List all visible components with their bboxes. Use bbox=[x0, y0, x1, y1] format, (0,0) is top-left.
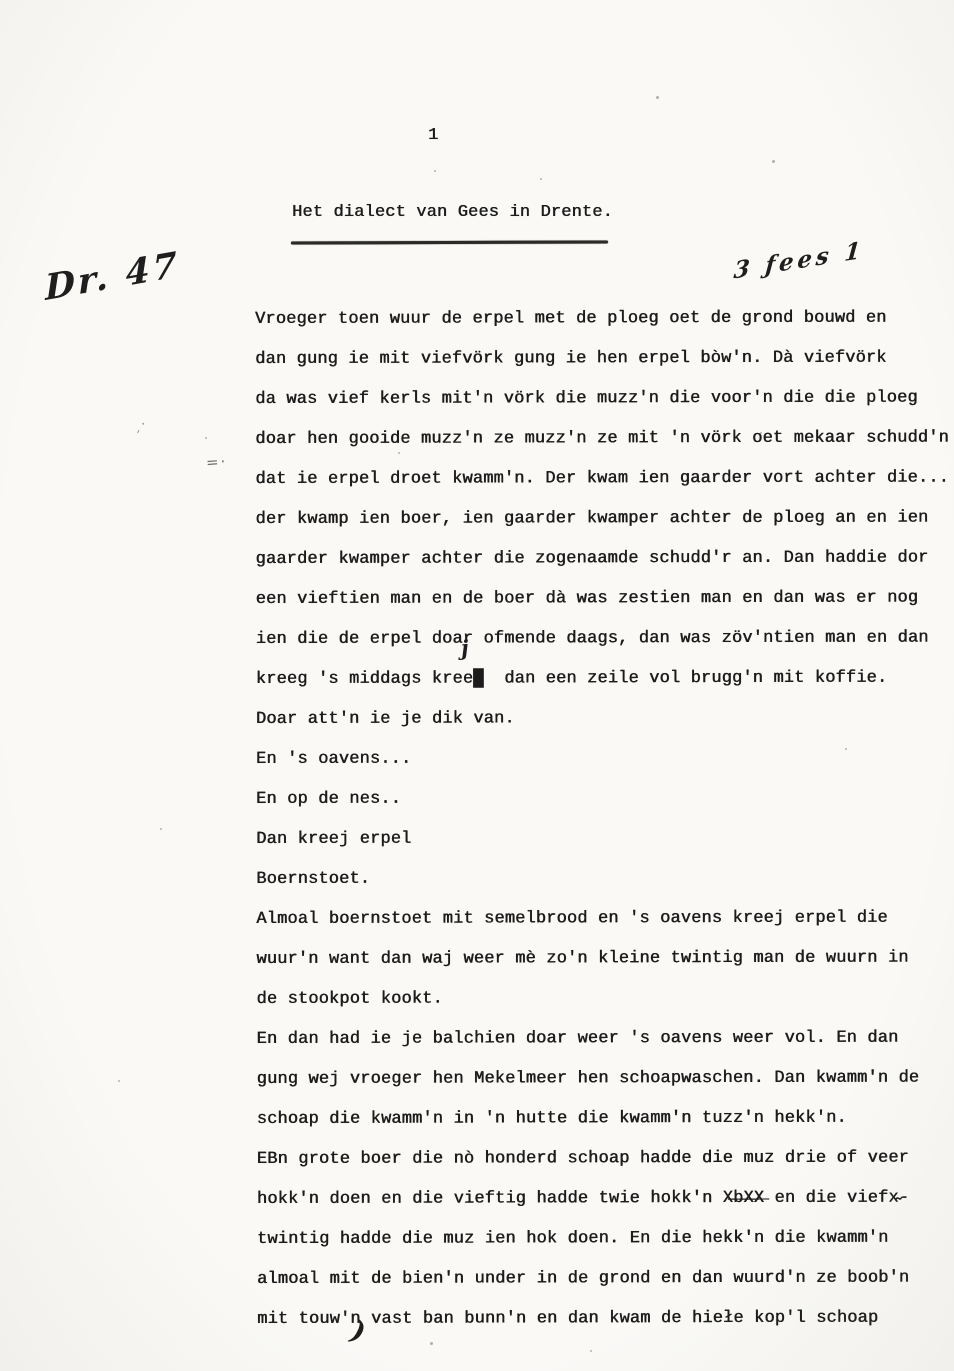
typed-line: schoap die kwamm'n in 'n hutte die kwamm… bbox=[257, 1099, 951, 1140]
typed-line: Vroeger toen wuur de erpel met de ploeg … bbox=[255, 299, 949, 340]
page-number: 1 bbox=[428, 126, 438, 145]
typed-line: dat ie erpel droet kwamm'n. Der kwam ien… bbox=[255, 459, 949, 500]
typed-line: doar hen gooide muzz'n ze muzz'n ze mit … bbox=[255, 419, 949, 460]
typed-line: der kwamp ien boer, ien gaarder kwamper … bbox=[255, 499, 949, 540]
pencil-mark: =· bbox=[205, 452, 228, 471]
typed-line: gaarder kwamper achter die zogenaamde sc… bbox=[256, 539, 950, 580]
typed-line: Boernstoet. bbox=[256, 859, 950, 900]
typed-line: kreeg 's middags kree█ dan een zeile vol… bbox=[256, 659, 950, 700]
scan-speck bbox=[540, 178, 542, 180]
typed-line: En 's oavens... bbox=[256, 739, 950, 780]
title-underline bbox=[291, 240, 608, 244]
typed-line: En op de nes.. bbox=[256, 779, 950, 820]
handwritten-inserted-letter: j bbox=[460, 635, 469, 660]
handwritten-margin-code: Dr. 47 bbox=[44, 244, 180, 309]
typed-line: almoal mit de bien'n under in de grond e… bbox=[257, 1259, 951, 1300]
typed-line: Doar att'n ie je dik van. bbox=[256, 699, 950, 740]
scan-speck bbox=[118, 1080, 120, 1082]
typed-line: Dan kreej erpel bbox=[256, 819, 950, 860]
typed-body: Vroeger toen wuur de erpel met de ploeg … bbox=[255, 299, 951, 1340]
typed-line: hokk'n doen en die vieftig hadde twie ho… bbox=[257, 1179, 951, 1220]
handwritten-topright-note: 3 ƒees 1 bbox=[733, 236, 866, 284]
typed-line: gung wej vroeger hen Mekelmeer hen schoa… bbox=[257, 1059, 951, 1100]
typed-line: ien die de erpel doar ofmende daags, dan… bbox=[256, 619, 950, 660]
typed-line: wuur'n want dan waj weer mè zo'n kleine … bbox=[256, 939, 950, 980]
scan-speck bbox=[205, 437, 207, 439]
typed-line: dan gung ie mit viefvörk gung ie hen erp… bbox=[255, 339, 949, 380]
typed-line: Almoal boernstoet mit semelbrood en 's o… bbox=[256, 899, 950, 940]
scan-speck bbox=[772, 160, 775, 163]
typed-line: de stookpot kookt. bbox=[256, 979, 950, 1020]
scan-speck bbox=[160, 828, 162, 830]
scan-speck bbox=[656, 96, 659, 99]
page-title: Het dialect van Gees in Drente. bbox=[292, 203, 613, 222]
scan-speck bbox=[430, 1342, 433, 1345]
scan-speck bbox=[590, 1350, 592, 1352]
typed-line: twintig hadde die muz ien hok doen. En d… bbox=[257, 1219, 951, 1260]
typed-line: EBn grote boer die nò honderd schoap had… bbox=[257, 1139, 951, 1180]
typed-line: En dan had ie je balchien doar weer 's o… bbox=[257, 1019, 951, 1060]
scanned-typescript-page: 1 Het dialect van Gees in Drente. Dr. 47… bbox=[0, 0, 954, 1371]
scan-speck bbox=[434, 170, 436, 172]
pencil-mark: ˏ· bbox=[131, 416, 149, 434]
typed-line: een vieftien man en de boer dà was zesti… bbox=[256, 579, 950, 620]
typed-line: da was vief kerls mit'n vörk die muzz'n … bbox=[255, 379, 949, 420]
